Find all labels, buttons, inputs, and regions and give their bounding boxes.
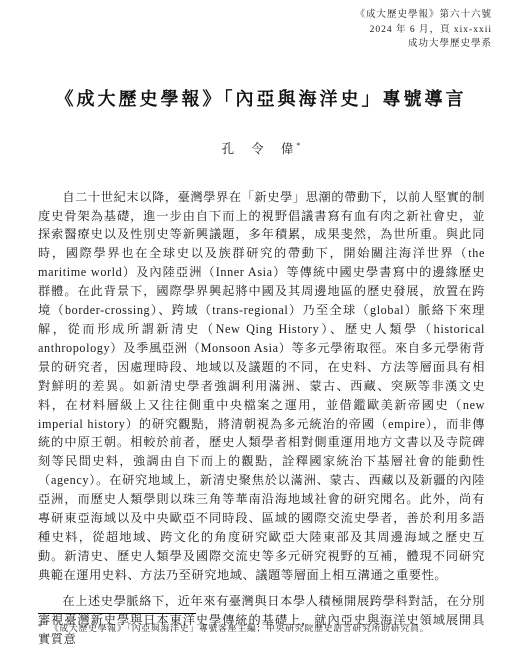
journal-issue-line: 《成大歷史學報》第六十六號 (0, 8, 492, 23)
footnote-text: 《成大歷史學報》「內亞與海洋史」專號客座主編；中央研究院歷史語言研究所助研究員。 (50, 623, 429, 633)
footnote-marker: * (38, 621, 43, 633)
footnote-area: *《成大歷史學報》「內亞與海洋史」專號客座主編；中央研究院歷史語言研究所助研究員… (38, 613, 484, 634)
document-page: 《成大歷史學報》第六十六號 2024 年 6 月，頁 xix-xxii 成功大學… (0, 0, 522, 658)
footnote-separator-rule (38, 613, 196, 614)
author-footnote-marker: * (296, 141, 300, 150)
author-line: 孔 令 偉* (0, 138, 522, 157)
article-body: 自二十世紀末以降，臺灣學界在「新史學」思潮的帶動下，以前人堅實的制度史骨架為基礎… (38, 188, 485, 649)
journal-header: 《成大歷史學報》第六十六號 2024 年 6 月，頁 xix-xxii 成功大學… (0, 0, 522, 52)
journal-department-line: 成功大學歷史學系 (0, 37, 492, 52)
footnote: *《成大歷史學報》「內亞與海洋史」專號客座主編；中央研究院歷史語言研究所助研究員… (38, 621, 484, 634)
author-name: 孔 令 偉 (222, 142, 301, 156)
body-paragraph-1: 自二十世紀末以降，臺灣學界在「新史學」思潮的帶動下，以前人堅實的制度史骨架為基礎… (38, 188, 485, 585)
journal-date-pages-line: 2024 年 6 月，頁 xix-xxii (0, 23, 492, 38)
article-title: 《成大歷史學報》「內亞與海洋史」專號導言 (30, 86, 492, 112)
